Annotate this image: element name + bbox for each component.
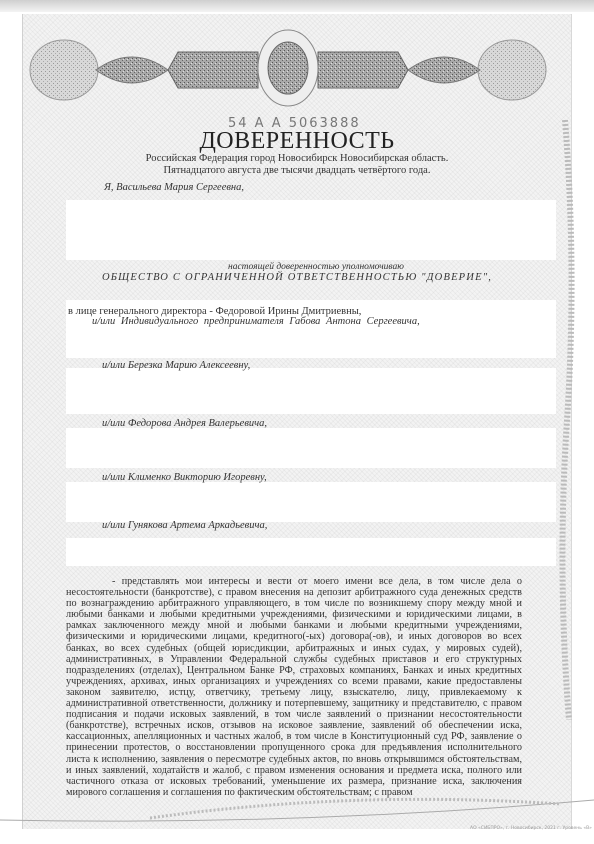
document-place: Российская Федерация город Новосибирск Н… (0, 153, 594, 164)
representative-5: и/или Гунякова Артема Аркадьевича, (102, 520, 267, 531)
form-field-rep-5 (66, 538, 556, 566)
guilloche-ornament-header (28, 22, 548, 112)
form-field-rep-4 (66, 482, 556, 522)
form-printer-imprint: АО «СИБПРО», г. Новосибирск, 2021 г. Уро… (470, 826, 592, 831)
representative-1: и/или Индивидуального предпринимателя Га… (92, 316, 420, 327)
powers-paragraph: - представлять мои интересы и вести от м… (66, 576, 522, 798)
form-field-principal (66, 200, 556, 260)
representative-4: и/или Клименко Викторию Игоревну, (102, 472, 267, 483)
viewer-top-bar (0, 0, 594, 12)
document-date: Пятнадцатого августа две тысячи двадцать… (0, 165, 594, 176)
attorney-organization: ОБЩЕСТВО С ОГРАНИЧЕННОЙ ОТВЕТСТВЕННОСТЬЮ… (102, 272, 492, 283)
document-title: ДОВЕРЕННОСТЬ (0, 128, 594, 155)
principal-line: Я, Васильева Мария Сергеевна, (104, 182, 244, 193)
form-field-rep-2 (66, 368, 556, 414)
guilloche-ornament-bottom (0, 790, 594, 830)
representative-3: и/или Федорова Андрея Валерьевича, (102, 418, 267, 429)
representative-2: и/или Березка Марию Алексеевну, (102, 360, 250, 371)
form-field-rep-3 (66, 428, 556, 468)
powers-text: - представлять мои интересы и вести от м… (66, 576, 522, 798)
authorize-phrase: настоящей доверенностью уполномочиваю (228, 262, 404, 272)
guilloche-ornament-right-border (555, 120, 585, 720)
